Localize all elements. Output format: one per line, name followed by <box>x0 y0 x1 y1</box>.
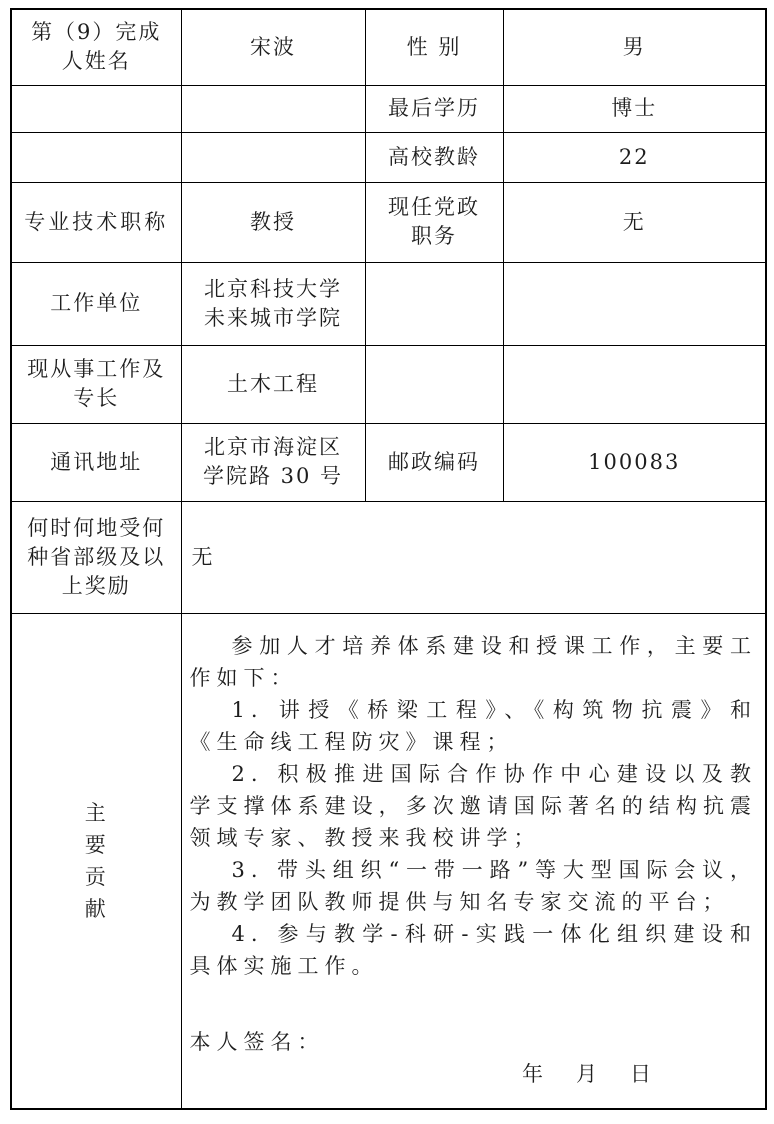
date-line: 年 月 日 <box>190 1058 758 1090</box>
contribution-paragraph: 参加人才培养体系建设和授课工作，主要工作如下： <box>190 630 758 694</box>
employer-label: 工作单位 <box>11 262 181 345</box>
row-teaching-years: 高校教龄 22 <box>11 132 766 182</box>
row-contributions: 主 要 贡 献 参加人才培养体系建设和授课工作，主要工作如下：1. 讲授《桥梁工… <box>11 613 766 1109</box>
current-work-label: 现从事工作及 专长 <box>11 345 181 423</box>
professional-title-label: 专业技术职称 <box>11 182 181 262</box>
contribution-paragraph: 1. 讲授《桥梁工程》、《构筑物抗震》和《生命线工程防灾》课程； <box>190 694 758 758</box>
completer-label: 第（9）完成 人姓名 <box>11 9 181 85</box>
completer-info-table: 第（9）完成 人姓名 宋波 性 别 男 最后学历 博士 高校教龄 22 专业技术… <box>10 8 767 1110</box>
row-name-gender: 第（9）完成 人姓名 宋波 性 别 男 <box>11 9 766 85</box>
row-title-position: 专业技术职称 教授 现任党政 职务 无 <box>11 182 766 262</box>
awards-value: 无 <box>181 501 766 613</box>
row-awards: 何时何地受何 种省部级及以 上奖励 无 <box>11 501 766 613</box>
teaching-years-value: 22 <box>503 132 766 182</box>
address-label: 通讯地址 <box>11 423 181 501</box>
gender-value: 男 <box>503 9 766 85</box>
party-position-label: 现任党政 职务 <box>365 182 503 262</box>
empty-cell <box>181 132 365 182</box>
contribution-paragraph: 4. 参与教学-科研-实践一体化组织建设和具体实施工作。 <box>190 918 758 982</box>
current-work-value: 土木工程 <box>181 345 365 423</box>
document-sheet: 第（9）完成 人姓名 宋波 性 别 男 最后学历 博士 高校教龄 22 专业技术… <box>0 0 774 1110</box>
teaching-years-label: 高校教龄 <box>365 132 503 182</box>
empty-cell <box>181 85 365 132</box>
row-address: 通讯地址 北京市海淀区 学院路 30 号 邮政编码 100083 <box>11 423 766 501</box>
empty-cell <box>11 85 181 132</box>
education-label: 最后学历 <box>365 85 503 132</box>
postal-code-value: 100083 <box>503 423 766 501</box>
employer-value: 北京科技大学 未来城市学院 <box>181 262 365 345</box>
party-position-value: 无 <box>503 182 766 262</box>
contribution-paragraph: 3. 带头组织“一带一路”等大型国际会议，为教学团队教师提供与知名专家交流的平台… <box>190 854 758 918</box>
empty-cell <box>365 345 503 423</box>
completer-name-value: 宋波 <box>181 9 365 85</box>
empty-cell <box>365 262 503 345</box>
empty-cell <box>503 345 766 423</box>
row-education: 最后学历 博士 <box>11 85 766 132</box>
education-value: 博士 <box>503 85 766 132</box>
empty-cell <box>11 132 181 182</box>
row-current-work: 现从事工作及 专长 土木工程 <box>11 345 766 423</box>
contributions-cell: 参加人才培养体系建设和授课工作，主要工作如下：1. 讲授《桥梁工程》、《构筑物抗… <box>181 613 766 1109</box>
professional-title-value: 教授 <box>181 182 365 262</box>
contribution-paragraph: 2. 积极推进国际合作协作中心建设以及教学支撑体系建设，多次邀请国际著名的结构抗… <box>190 758 758 854</box>
row-employer: 工作单位 北京科技大学 未来城市学院 <box>11 262 766 345</box>
contributions-label: 主 要 贡 献 <box>11 613 181 1109</box>
contributions-text: 参加人才培养体系建设和授课工作，主要工作如下：1. 讲授《桥梁工程》、《构筑物抗… <box>190 630 758 982</box>
signature-label: 本人签名： <box>190 1026 758 1058</box>
gender-label: 性 别 <box>365 9 503 85</box>
empty-cell <box>503 262 766 345</box>
address-value: 北京市海淀区 学院路 30 号 <box>181 423 365 501</box>
postal-code-label: 邮政编码 <box>365 423 503 501</box>
awards-label: 何时何地受何 种省部级及以 上奖励 <box>11 501 181 613</box>
